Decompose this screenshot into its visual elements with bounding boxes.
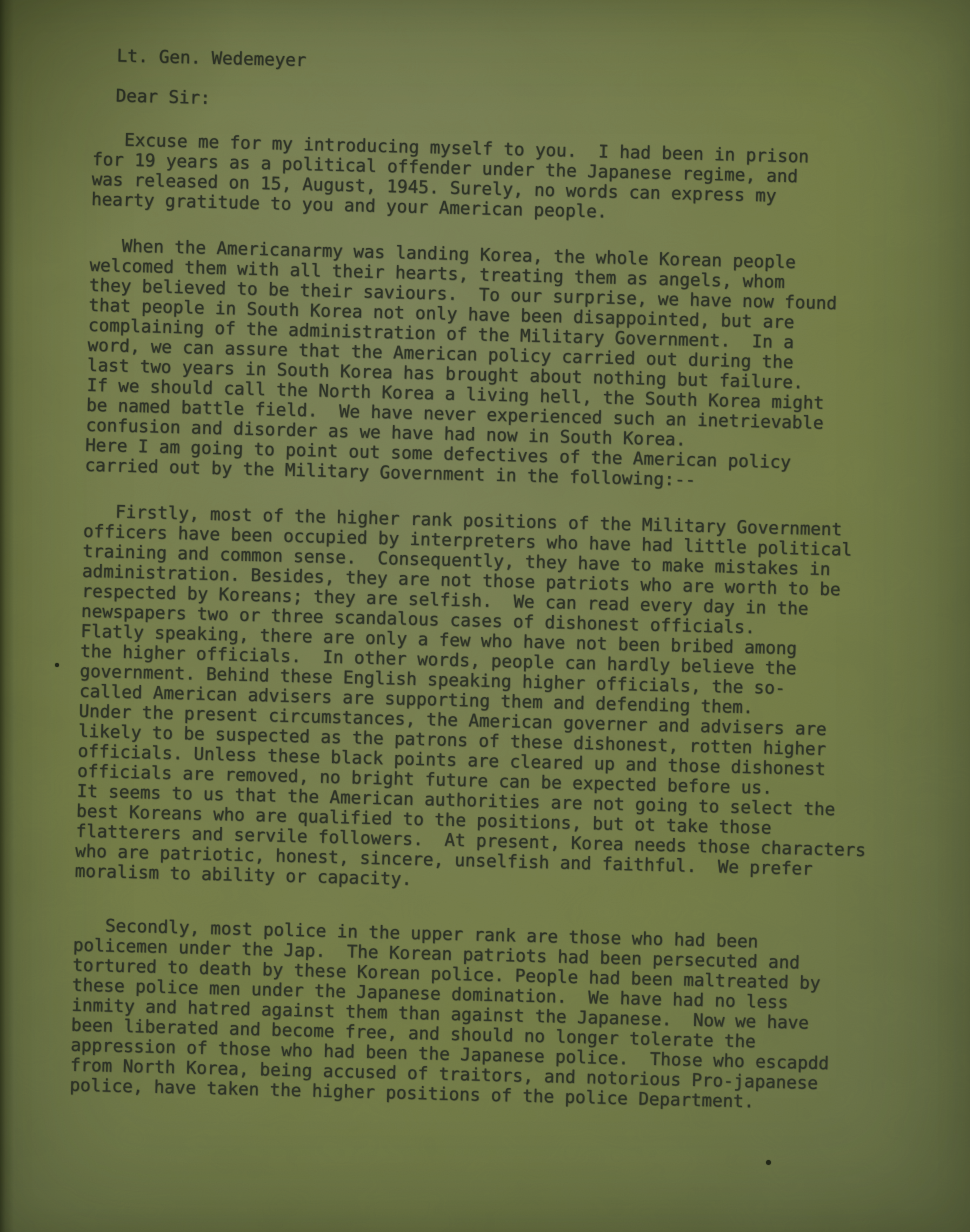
paragraph-firstly: Firstly, most of the higher rank positio… [75, 502, 929, 903]
ink-speck-left-margin [55, 663, 59, 667]
paragraph-introduction: Excuse me for my introducing myself to y… [91, 130, 938, 231]
letter-body: Lt. Gen. Wedemeyer Dear Sir: Excuse me f… [69, 46, 939, 1116]
paragraph-secondly: Secondly, most police in the upper rank … [69, 916, 918, 1117]
ink-speck-bottom-right [766, 1160, 771, 1165]
paragraph-american-army-landing: When the Americanarmy was landing Korea,… [84, 236, 935, 497]
salutation-line: Dear Sir: [116, 87, 939, 127]
